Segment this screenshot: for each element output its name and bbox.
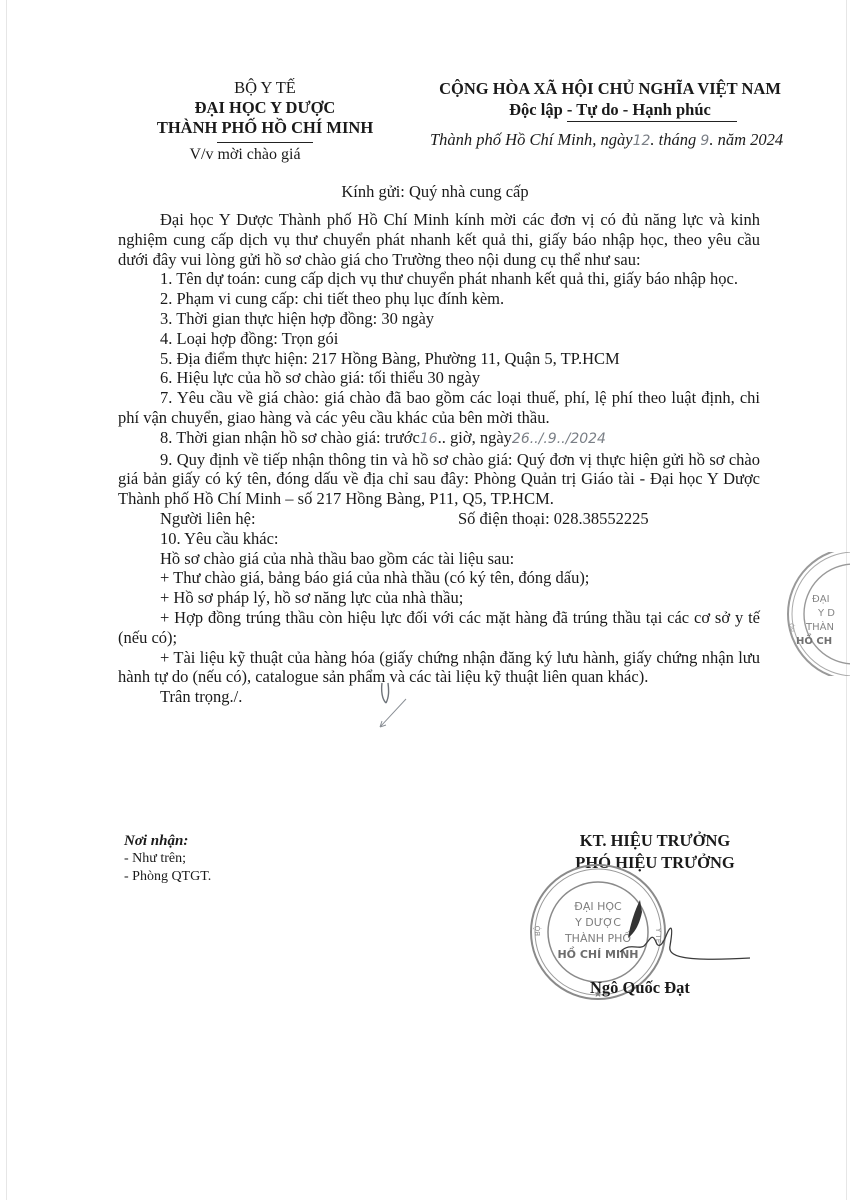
- salutation: Kính gửi: Quý nhà cung cấp: [0, 182, 850, 202]
- intro-paragraph: Đại học Y Dược Thành phố Hồ Chí Minh kín…: [118, 210, 760, 269]
- recipients-block: Nơi nhận: - Như trên; - Phòng QTGT.: [124, 832, 211, 886]
- issuer-block: BỘ Y TẾ ĐẠI HỌC Y DƯỢC THÀNH PHỐ HỒ CHÍ …: [120, 78, 410, 165]
- item-10-title: 10. Yêu cầu khác:: [118, 529, 760, 549]
- item-8: 8. Thời gian nhận hồ sơ chào giá: trước1…: [118, 428, 760, 450]
- handwritten-hour: 16: [420, 431, 438, 447]
- issuer-underline: [217, 142, 313, 143]
- item-9: 9. Quy định về tiếp nhận thông tin và hồ…: [118, 450, 760, 509]
- partial-stamp-line: THÀN: [805, 620, 834, 633]
- item-7: 7. Yêu cầu về giá chào: giá chào đã bao …: [118, 388, 760, 428]
- ministry-name: BỘ Y TẾ: [120, 78, 410, 98]
- contact-phone: Số điện thoại: 028.38552225: [458, 509, 649, 529]
- handwritten-day: 12: [633, 133, 651, 149]
- handwritten-month: 9: [700, 133, 709, 149]
- contact-person-label: Người liên hệ:: [160, 509, 458, 529]
- partial-stamp-side: BỘ: [789, 623, 796, 632]
- item-4: 4. Loại hợp đồng: Trọn gói: [118, 329, 760, 349]
- motto-text: Độc lập - Tự do - Hạnh phúc: [509, 100, 711, 119]
- partial-stamp-line: Y D: [817, 608, 835, 619]
- partial-stamp-line: HỒ CH: [796, 632, 832, 647]
- handwritten-deadline-date: 26../.9../2024: [512, 431, 606, 447]
- letter-body: Đại học Y Dược Thành phố Hồ Chí Minh kín…: [118, 210, 760, 707]
- required-doc: + Tài liệu kỹ thuật của hàng hóa (giấy c…: [118, 648, 760, 688]
- closing-text: Trân trọng./.: [160, 687, 242, 706]
- national-header: CỘNG HÒA XÃ HỘI CHỦ NGHĨA VIỆT NAM Độc l…: [425, 78, 795, 120]
- partial-stamp-line: ĐẠI: [812, 594, 830, 605]
- signer-name: Ngô Quốc Đạt: [590, 978, 690, 998]
- national-motto: Độc lập - Tự do - Hạnh phúc: [509, 99, 711, 120]
- date-prefix: Thành phố Hồ Chí Minh, ngày: [430, 130, 633, 149]
- signature-scribble-icon: [600, 892, 750, 972]
- university-name-line2: THÀNH PHỐ HỒ CHÍ MINH: [120, 118, 410, 138]
- item-10-lead: Hồ sơ chào giá của nhà thầu bao gồm các …: [118, 549, 760, 569]
- recipient-item: - Phòng QTGT.: [124, 868, 211, 886]
- item-6: 6. Hiệu lực của hồ sơ chào giá: tối thiể…: [118, 368, 760, 388]
- date-year-label: . năm 2024: [709, 130, 783, 149]
- item-1: 1. Tên dự toán: cung cấp dịch vụ thư chu…: [118, 269, 760, 289]
- country-name: CỘNG HÒA XÃ HỘI CHỦ NGHĨA VIỆT NAM: [425, 78, 795, 99]
- item-3: 3. Thời gian thực hiện hợp đồng: 30 ngày: [118, 309, 760, 329]
- item-5: 5. Địa điểm thực hiện: 217 Hồng Bàng, Ph…: [118, 349, 760, 369]
- document-subject: V/v mời chào giá: [80, 145, 410, 165]
- required-doc: + Hợp đồng trúng thầu còn hiệu lực đối v…: [118, 608, 760, 648]
- closing-line: Trân trọng./.: [118, 687, 760, 707]
- motto-underline: [567, 121, 737, 122]
- item-8-prefix: 8. Thời gian nhận hồ sơ chào giá: trước: [160, 428, 420, 447]
- required-doc: + Hồ sơ pháp lý, hồ sơ năng lực của nhà …: [118, 588, 760, 608]
- item-8-hour-suffix: .. giờ, ngày: [438, 428, 512, 447]
- recipients-title: Nơi nhận:: [124, 832, 211, 850]
- date-line: Thành phố Hồ Chí Minh, ngày12. tháng 9. …: [430, 130, 783, 150]
- page-edge-left: [6, 0, 7, 1200]
- required-doc: + Thư chào giá, bảng báo giá của nhà thầ…: [118, 568, 760, 588]
- stamp-side-left: BỘ: [533, 925, 542, 936]
- partial-stamp-icon: ĐẠI Y D THÀN HỒ CH BỘ: [772, 552, 850, 676]
- signature-title-1: KT. HIỆU TRƯỞNG: [540, 830, 770, 852]
- contact-row: Người liên hệ: Số điện thoại: 028.385522…: [118, 509, 760, 529]
- item-2: 2. Phạm vi cung cấp: chi tiết theo phụ l…: [118, 289, 760, 309]
- university-name-line1: ĐẠI HỌC Y DƯỢC: [120, 98, 410, 118]
- handwritten-initials-icon: [376, 681, 426, 729]
- recipient-item: - Như trên;: [124, 850, 211, 868]
- date-month-label: . tháng: [650, 130, 696, 149]
